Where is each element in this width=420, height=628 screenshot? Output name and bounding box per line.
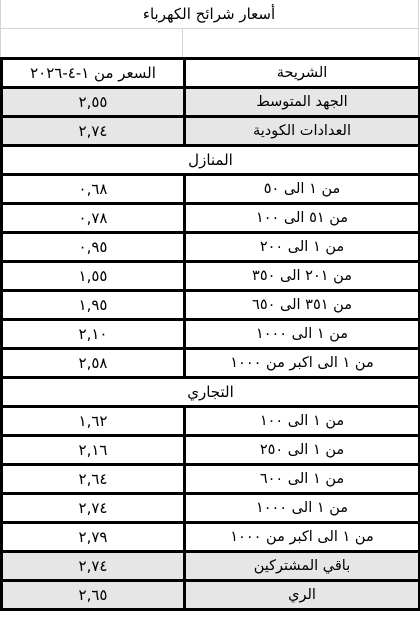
table-row: باقي المشتركين ٢,٧٤ [2, 552, 420, 581]
tier-cell: من ١ الى ٢٥٠ [185, 436, 420, 465]
tier-cell: باقي المشتركين [185, 552, 420, 581]
price-cell: ٢,٧٤ [2, 117, 185, 146]
price-cell: ٢,٥٨ [2, 349, 185, 378]
empty-row [0, 29, 419, 57]
header-price: السعر من ١-٤-٢٠٢٦ [2, 59, 185, 88]
tier-cell: من ١ الى ١٠٠٠ [185, 320, 420, 349]
tier-cell: من ١ الى ١٠٠ [185, 407, 420, 436]
price-cell: ٠,٦٨ [2, 175, 185, 204]
price-cell: ٢,١٦ [2, 436, 185, 465]
price-cell: ٢,١٠ [2, 320, 185, 349]
price-cell: ١,٥٥ [2, 262, 185, 291]
tier-cell: من ٣٥١ الى ٦٥٠ [185, 291, 420, 320]
table-row: الري ٢,٦٥ [2, 581, 420, 610]
gridline [182, 29, 183, 57]
price-cell: ٠,٩٥ [2, 233, 185, 262]
title-area: أسعار شرائح الكهرباء [0, 0, 420, 57]
table-row: من ١ الى ١٠٠ ١,٦٢ [2, 407, 420, 436]
section-header-commercial: التجاري [2, 378, 420, 407]
price-cell: ٢,٧٩ [2, 523, 185, 552]
tier-cell: من ١ الى ٦٠٠ [185, 465, 420, 494]
table-row: العدادات الكودية ٢,٧٤ [2, 117, 420, 146]
price-cell: ٢,٦٥ [2, 581, 185, 610]
table-header-row: الشريحة السعر من ١-٤-٢٠٢٦ [2, 59, 420, 88]
table-row: الجهد المتوسط ٢,٥٥ [2, 88, 420, 117]
price-cell: ١,٩٥ [2, 291, 185, 320]
tier-cell: الجهد المتوسط [185, 88, 420, 117]
tier-cell: من ١ الى اكبر من ١٠٠٠ [185, 349, 420, 378]
header-tier: الشريحة [185, 59, 420, 88]
tier-cell: من ٢٠١ الى ٣٥٠ [185, 262, 420, 291]
price-cell: ٢,٥٥ [2, 88, 185, 117]
tier-cell: من ١ الى ٢٠٠ [185, 233, 420, 262]
table-row: من ٣٥١ الى ٦٥٠ ١,٩٥ [2, 291, 420, 320]
table-row: من ١ الى ٢٠٠ ٠,٩٥ [2, 233, 420, 262]
section-label: المنازل [2, 146, 420, 175]
table-row: من ١ الى ١٠٠٠ ٢,٧٤ [2, 494, 420, 523]
price-table: الشريحة السعر من ١-٤-٢٠٢٦ الجهد المتوسط … [0, 57, 420, 611]
tier-cell: من ٥١ الى ١٠٠ [185, 204, 420, 233]
table-row: من ١ الى ٦٠٠ ٢,٦٤ [2, 465, 420, 494]
price-cell: ٢,٧٤ [2, 494, 185, 523]
price-cell: ٢,٧٤ [2, 552, 185, 581]
tier-cell: الري [185, 581, 420, 610]
table-row: من ١ الى اكبر من ١٠٠٠ ٢,٧٩ [2, 523, 420, 552]
section-label: التجاري [2, 378, 420, 407]
table-row: من ٥١ الى ١٠٠ ٠,٧٨ [2, 204, 420, 233]
table-row: من ١ الى اكبر من ١٠٠٠ ٢,٥٨ [2, 349, 420, 378]
tier-cell: من ١ الى اكبر من ١٠٠٠ [185, 523, 420, 552]
table-row: من ١ الى ١٠٠٠ ٢,١٠ [2, 320, 420, 349]
tier-cell: من ١ الى ١٠٠٠ [185, 494, 420, 523]
tier-cell: من ١ الى ٥٠ [185, 175, 420, 204]
page-title: أسعار شرائح الكهرباء [0, 0, 419, 29]
price-cell: ٢,٦٤ [2, 465, 185, 494]
tier-cell: العدادات الكودية [185, 117, 420, 146]
price-cell: ٠,٧٨ [2, 204, 185, 233]
table-row: من ١ الى ٢٥٠ ٢,١٦ [2, 436, 420, 465]
section-header-homes: المنازل [2, 146, 420, 175]
table-row: من ٢٠١ الى ٣٥٠ ١,٥٥ [2, 262, 420, 291]
price-cell: ١,٦٢ [2, 407, 185, 436]
table-row: من ١ الى ٥٠ ٠,٦٨ [2, 175, 420, 204]
